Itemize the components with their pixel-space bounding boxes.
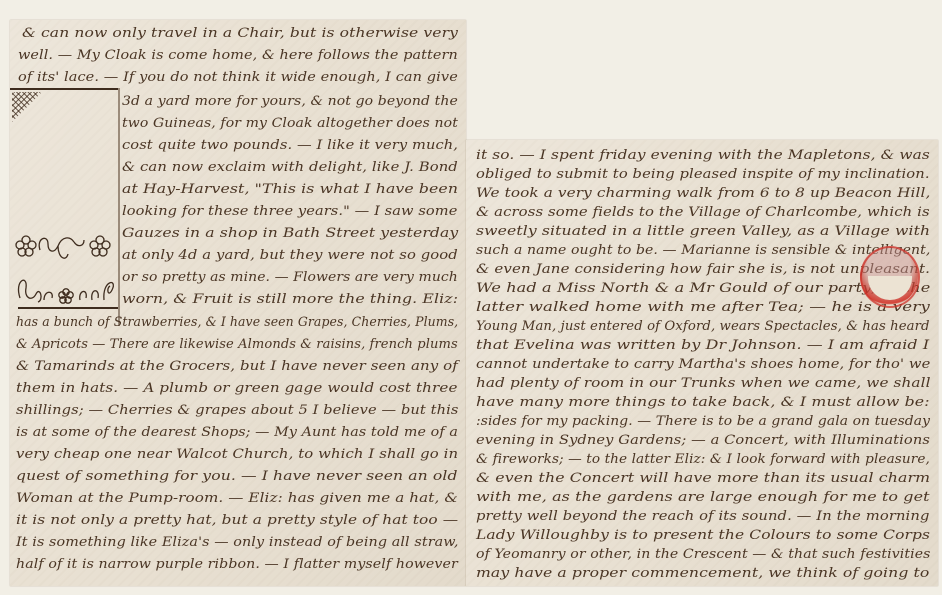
letter-line: :sides for my packing. — There is to be … [476, 414, 930, 429]
letter-line: that Evelina was written by Dr Johnson. … [476, 338, 929, 353]
letter-line: worn, & Fruit is still more the thing. E… [122, 292, 458, 307]
letter-line: or so pretty as mine. — Flowers are very… [122, 270, 458, 285]
letter-line: has a bunch of Strawberries, & I have se… [16, 315, 458, 330]
letter-line: Lady Willoughby is to present the Colour… [476, 528, 930, 543]
letter-line: very cheap one near Walcot Church, to wh… [16, 447, 458, 462]
letter-line: 3d a yard more for yours, & not go beyon… [122, 94, 458, 109]
letter-line: well. — My Cloak is come home, & here fo… [18, 48, 458, 63]
letter-line: half of it is narrow purple ribbon. — I … [16, 557, 458, 572]
letter-line: at Hay-Harvest, "This is what I have bee… [122, 182, 458, 197]
letter-line: cost quite two pounds. — I like it very … [122, 138, 458, 153]
letter-line: & even the Concert will have more than i… [476, 471, 930, 486]
letter-line: evening in Sydney Gardens; — a Concert, … [476, 433, 930, 448]
sketch-border-right [118, 88, 120, 326]
letter-line: at only 4d a yard, but they were not so … [122, 248, 458, 263]
letter-line: had plenty of room in our Trunks when we… [476, 376, 931, 391]
letter-line: such a name ought to be. — Marianne is s… [476, 243, 930, 258]
letter-line: Woman at the Pump-room. — Eliz: has give… [16, 491, 458, 506]
letter-line: latter walked home with me after Tea; — … [476, 300, 930, 315]
sketch-border-top [10, 88, 118, 90]
letter-line: & Tamarinds at the Grocers, but I have n… [16, 359, 458, 374]
letter-line: Gauzes in a shop in Bath Street yesterda… [122, 226, 458, 241]
letter-line: with me, as the gardens are large enough… [476, 490, 930, 505]
letter-line: cannot undertake to carry Martha's shoes… [476, 357, 930, 372]
letter-line: of its' lace. — If you do not think it w… [18, 70, 458, 85]
letter-line: them in hats. — A plumb or green gage wo… [16, 381, 458, 396]
letter-line: sweetly situated in a little green Valle… [476, 224, 930, 239]
letter-line: quest of something for you. — I have nev… [16, 469, 458, 484]
letter-line: it is not only a pretty hat, but a prett… [16, 513, 458, 528]
letter-line: & Apricots — There are likewise Almonds … [16, 337, 458, 352]
letter-line: & across some fields to the Village of C… [476, 205, 930, 220]
letter-line: may have a proper commencement, we think… [476, 566, 929, 581]
letter-line: two Guineas, for my Cloak altogether doe… [122, 116, 458, 131]
wax-seal-icon [860, 246, 918, 306]
letter-line: shillings; — Cherries & grapes about 5 I… [16, 403, 458, 418]
letter-line: & can now exclaim with delight, like J. … [122, 160, 458, 175]
hatched-lace-corner-icon [12, 92, 42, 122]
lace-pattern-sketch [10, 88, 118, 338]
letter-line: of Yeomanry or other, in the Crescent — … [476, 547, 931, 562]
letter-line: & fireworks; — to the latter Eliz: & I l… [476, 452, 930, 467]
letter-page-left: & can now only travel in a Chair, but is… [10, 20, 466, 586]
letter-line: have many more things to take back, & I … [476, 395, 930, 410]
letter-line: It is something like Eliza's — only inst… [16, 535, 459, 550]
letter-line: Young Man, just entered of Oxford, wears… [476, 319, 930, 334]
seal-rim [860, 246, 920, 308]
letter-line: pretty well beyond the reach of its soun… [476, 509, 929, 524]
letter-line: & can now only travel in a Chair, but is… [22, 26, 458, 41]
floral-lace-icon [14, 228, 118, 318]
letter-page-right: it so. — I spent friday evening with the… [466, 140, 938, 586]
letter-line: is at some of the dearest Shops; — My Au… [16, 425, 458, 440]
letter-line: it so. — I spent friday evening with the… [476, 148, 930, 163]
letter-line: obliged to submit to being pleased inspi… [476, 167, 930, 182]
letter-line: We took a very charming walk from 6 to 8… [476, 186, 930, 201]
letter-line: looking for these three years." — I saw … [122, 204, 457, 219]
